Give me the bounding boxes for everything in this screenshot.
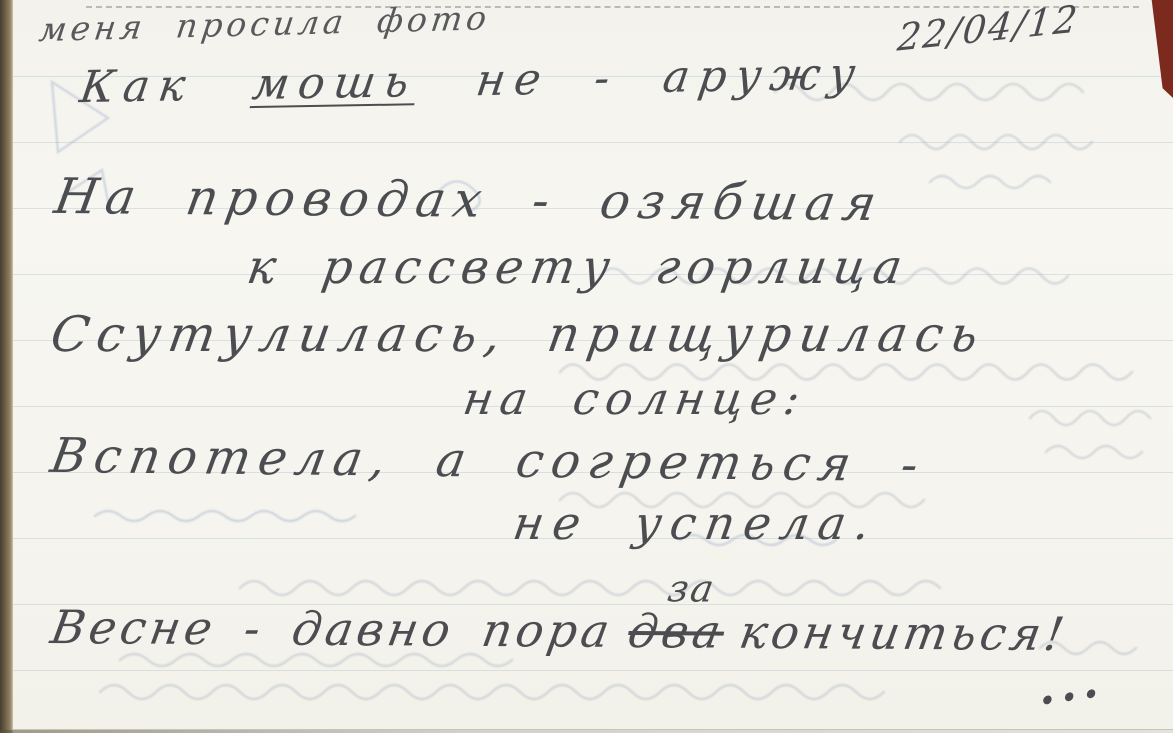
- poem-final-line: Весне - давно поразадвакончиться!: [47, 600, 1072, 661]
- ruled-line: [13, 142, 1173, 143]
- poem-line: на солнце:: [460, 372, 811, 425]
- poem-line: Ссутулилась, прищурилась: [47, 306, 990, 363]
- ghost-scribble: [930, 176, 1050, 188]
- notebook-page-scan: меня просила фото 22/04/12 Как мошь не -…: [0, 0, 1173, 733]
- final-line-text: Весне - давно пора: [47, 600, 617, 658]
- ruled-line: [13, 670, 1173, 671]
- title-word-underlined: мошь: [249, 56, 421, 110]
- ghost-scribble: [100, 685, 884, 699]
- struck-word: два: [624, 604, 728, 659]
- poem-line: На проводах - озябшая: [50, 168, 888, 232]
- poem-line: к рассвету горлица: [243, 240, 913, 295]
- title-word: не - аружу: [473, 48, 867, 106]
- correction-group: задва: [624, 604, 728, 659]
- ellipsis: ...: [1034, 653, 1107, 716]
- ghost-scribble: [1046, 446, 1142, 458]
- ghost-blue-mark: [95, 511, 355, 521]
- inserted-word: за: [665, 566, 719, 610]
- notebook-edge-left: [0, 0, 13, 733]
- poem-line: не успела.: [509, 496, 882, 550]
- poem-line: Вспотела, а согреться -: [47, 428, 931, 493]
- ghost-scribble: [1030, 411, 1150, 425]
- final-line-text: кончиться!: [736, 605, 1072, 661]
- ghost-scribble: [240, 581, 940, 595]
- title-word: Как: [77, 60, 198, 113]
